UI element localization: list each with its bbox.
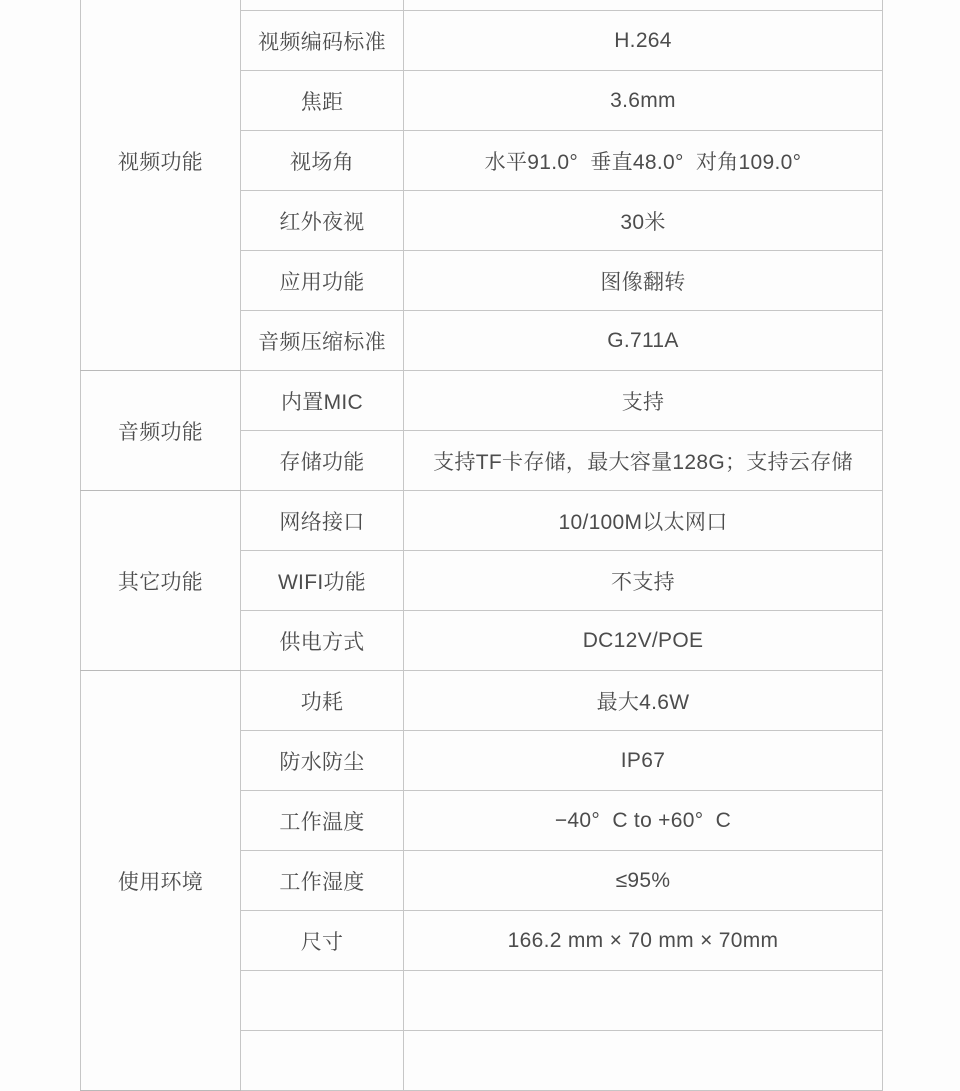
spec-name-cell: 网络接口 — [241, 491, 404, 551]
spec-row: 使用环境功耗最大4.6W — [81, 671, 883, 731]
spec-value-cell: 10/100M以太网口 — [404, 491, 883, 551]
spec-row: 其它功能网络接口10/100M以太网口 — [81, 491, 883, 551]
spec-name-cell: 视场角 — [241, 131, 404, 191]
spec-table: 视频功能视频编码标准H.264焦距3.6mm视场角水平91.0° 垂直48.0°… — [80, 0, 883, 960]
spec-name-cell: 音频压缩标准 — [241, 311, 404, 371]
spec-value-cell: 水平91.0° 垂直48.0° 对角109.0° — [404, 131, 883, 191]
spec-value-cell: 支持 — [404, 371, 883, 431]
spec-row: 音频功能内置MIC支持 — [81, 371, 883, 431]
spec-value-cell: 图像翻转 — [404, 251, 883, 311]
spec-sheet: 视频功能视频编码标准H.264焦距3.6mm视场角水平91.0° 垂直48.0°… — [80, 0, 882, 960]
spec-value-cell: 166.2 mm × 70 mm × 70mm — [404, 911, 883, 961]
category-cell-video-features: 视频功能 — [81, 0, 241, 371]
spec-value-cell — [404, 0, 883, 11]
spec-value-cell: 支持TF卡存储，最大容量128G；支持云存储 — [404, 431, 883, 491]
spec-value-cell: 30米 — [404, 191, 883, 251]
spec-row: 视频功能 — [81, 0, 883, 11]
spec-value-cell: IP67 — [404, 731, 883, 791]
spec-value-cell: H.264 — [404, 11, 883, 71]
spec-name-cell: 红外夜视 — [241, 191, 404, 251]
spec-name-cell: 内置MIC — [241, 371, 404, 431]
spec-name-cell: 焦距 — [241, 71, 404, 131]
spec-name-cell — [241, 0, 404, 11]
category-cell-other-features: 其它功能 — [81, 491, 241, 671]
spec-value-cell: −40° C to +60° C — [404, 791, 883, 851]
spec-name-cell: 供电方式 — [241, 611, 404, 671]
category-cell-audio-features: 音频功能 — [81, 371, 241, 491]
spec-name-cell: 工作湿度 — [241, 851, 404, 911]
category-cell-operating-environment: 使用环境 — [81, 671, 241, 961]
spec-value-cell: DC12V/POE — [404, 611, 883, 671]
spec-name-cell: WIFI功能 — [241, 551, 404, 611]
spec-name-cell: 功耗 — [241, 671, 404, 731]
spec-table-body: 视频功能视频编码标准H.264焦距3.6mm视场角水平91.0° 垂直48.0°… — [81, 0, 883, 960]
spec-value-cell: 最大4.6W — [404, 671, 883, 731]
spec-name-cell: 存储功能 — [241, 431, 404, 491]
spec-name-cell: 尺寸 — [241, 911, 404, 961]
spec-name-cell: 视频编码标准 — [241, 11, 404, 71]
spec-name-cell: 防水防尘 — [241, 731, 404, 791]
spec-name-cell: 应用功能 — [241, 251, 404, 311]
spec-name-cell: 工作温度 — [241, 791, 404, 851]
spec-value-cell: 3.6mm — [404, 71, 883, 131]
spec-value-cell: G.711A — [404, 311, 883, 371]
spec-value-cell: 不支持 — [404, 551, 883, 611]
spec-value-cell: ≤95% — [404, 851, 883, 911]
